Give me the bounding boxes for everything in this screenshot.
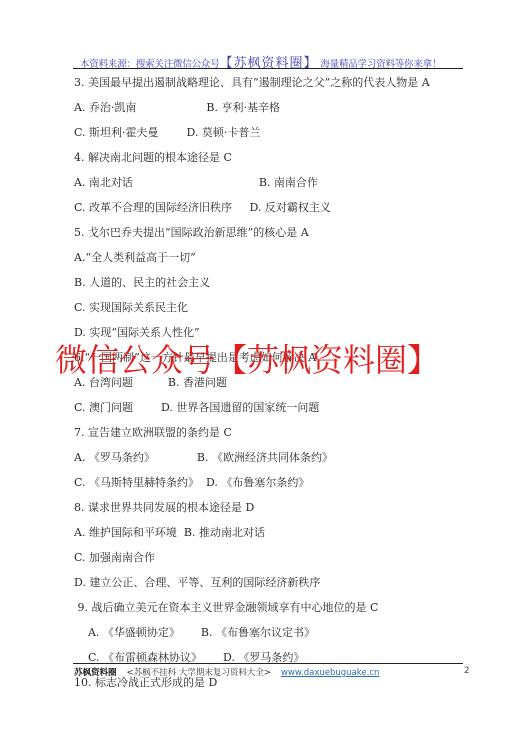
question-stem: 5. 戈尔巴乔夫提出“国际政治新思维”的核心是 A — [74, 226, 309, 240]
header-banner: 本资料来源：搜索关注微信公众号【苏枫资料圈】 海量精品学习资料等你来拿！ — [80, 52, 490, 66]
question-stem: 3. 美国最早提出遏制战略理论、具有“遏制理论之父”之称的代表人物是 A — [74, 76, 430, 90]
question-options: D. 建立公正、合理、平等、互利的国际经济新秩序 — [74, 576, 320, 590]
question-stem: 7. 宣告建立欧洲联盟的条约是 C — [74, 426, 232, 440]
question-stem: 4. 解决南北问题的根本途径是 C — [74, 151, 232, 165]
question-stem: 10. 标志冷战正式形成的是 D — [74, 676, 217, 690]
question-options: C. 改革不合理的国际经济旧秩序 D. 反对霸权主义 — [74, 201, 331, 215]
question-options: A.“全人类利益高于一切” — [74, 251, 196, 265]
question-options: A. 《华盛顿协定》 B. 《布鲁塞尔议定书》 — [74, 626, 315, 640]
watermark-overlay: 微信公众号【苏枫资料圈】 — [55, 340, 439, 380]
question-options: C. 斯坦利·霍夫曼 D. 莫顿·卡普兰 — [74, 126, 260, 140]
page-footer: 苏枫资料圈<苏枫不挂科 大学期末复习资料大全>www.daxuebuguake.… — [74, 666, 474, 678]
footer-website-link[interactable]: www.daxuebuguake.cn — [281, 668, 379, 678]
question-options: D. 实现“国际关系人性化” — [74, 326, 200, 340]
question-stem: 9. 战后确立美元在资本主义世界金融领域享有中心地位的是 C — [74, 601, 378, 615]
page-number: 2 — [464, 666, 469, 676]
question-stem: 8. 谋求世界共同发展的根本途径是 D — [74, 501, 254, 515]
question-options: C. 加强南南合作 — [74, 551, 155, 565]
footer-brand: 苏枫资料圈 — [74, 668, 117, 678]
footer-tagline: <苏枫不挂科 大学期末复习资料大全> — [127, 668, 271, 678]
question-options: A. 南北对话 B. 南南合作 — [74, 176, 318, 190]
question-options: A. 维护国际和平环境 B. 推动南北对话 — [74, 526, 265, 540]
question-options: B. 人道的、民主的社会主义 — [74, 276, 210, 290]
question-options: C. 实现国际关系民主化 — [74, 301, 188, 315]
footer-divider — [73, 663, 463, 664]
question-options: C. 澳门问题 D. 世界各国遗留的国家统一问题 — [74, 401, 319, 415]
question-options: A. 乔治·凯南 B. 亨利·基辛格 — [74, 101, 280, 115]
question-options: A. 《罗马条约》 B. 《欧洲经济共同体条约》 — [74, 451, 333, 465]
header-divider — [73, 68, 463, 69]
question-options: C. 《马斯特里赫特条约》 D. 《布鲁塞尔条约》 — [74, 476, 309, 490]
